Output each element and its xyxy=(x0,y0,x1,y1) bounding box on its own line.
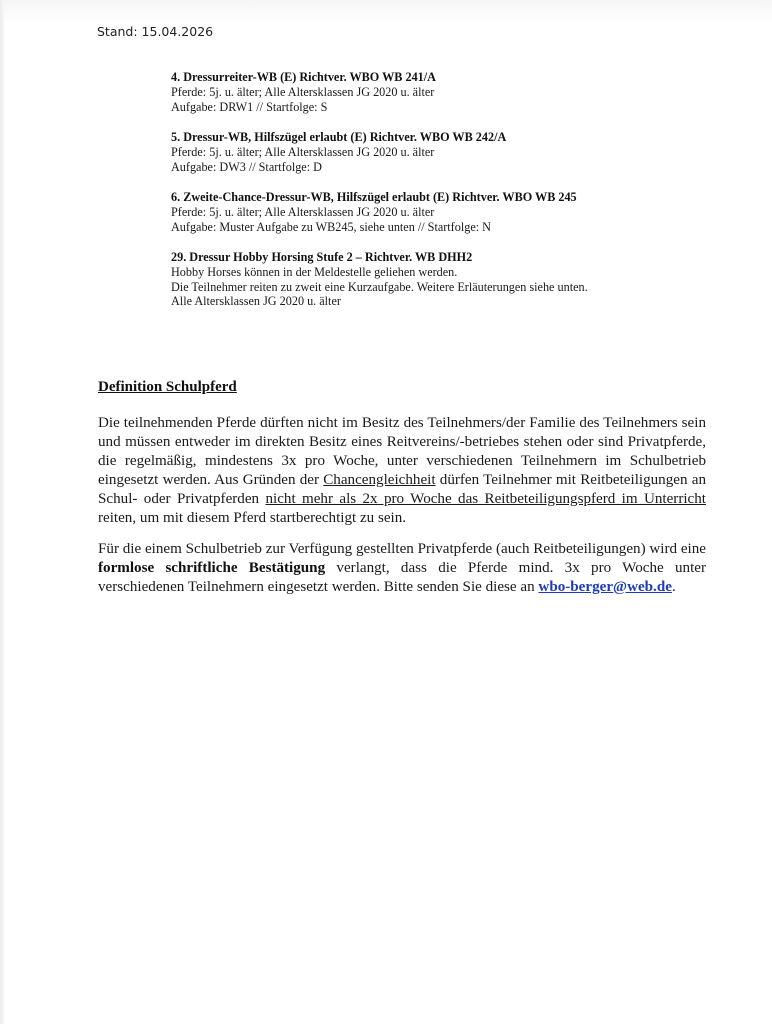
competition-line: Aufgabe: DRW1 // Startfolge: S xyxy=(171,100,436,115)
email-link[interactable]: wbo-berger@web.de xyxy=(538,579,672,595)
paragraph-text: reiten, um mit diesem Pferd startberecht… xyxy=(98,510,406,526)
competition-5: 5. Dressur-WB, Hilfszügel erlaubt (E) Ri… xyxy=(171,130,506,174)
competition-line: Hobby Horses können in der Meldestelle g… xyxy=(171,265,588,280)
section-title-definition-schulpferd: Definition Schulpferd xyxy=(98,379,237,396)
competition-line: Pferde: 5j. u. älter; Alle Altersklassen… xyxy=(171,85,436,100)
competition-title: 6. Zweite-Chance-Dressur-WB, Hilfszügel … xyxy=(171,190,577,205)
page-top-shadow xyxy=(0,0,772,24)
competition-line: Pferde: 5j. u. älter; Alle Altersklassen… xyxy=(171,205,577,220)
definition-paragraph-1: Die teilnehmenden Pferde dürften nicht i… xyxy=(98,414,706,527)
competition-title: 29. Dressur Hobby Horsing Stufe 2 – Rich… xyxy=(171,250,588,265)
paragraph-text: . xyxy=(672,579,676,595)
competition-line: Aufgabe: DW3 // Startfolge: D xyxy=(171,160,506,175)
competition-line: Aufgabe: Muster Aufgabe zu WB245, siehe … xyxy=(171,220,577,235)
bold-text-confirmation: formlose schriftliche Bestätigung xyxy=(98,560,325,576)
page-left-edge xyxy=(0,0,4,1024)
definition-paragraph-2: Für die einem Schulbetrieb zur Verfügung… xyxy=(98,540,706,597)
competition-6: 6. Zweite-Chance-Dressur-WB, Hilfszügel … xyxy=(171,190,577,234)
underlined-text-limit: nicht mehr als 2x pro Woche das Reitbete… xyxy=(265,491,706,507)
competition-line: Die Teilnehmer reiten zu zweit eine Kurz… xyxy=(171,280,588,295)
competition-title: 4. Dressurreiter-WB (E) Richtver. WBO WB… xyxy=(171,70,436,85)
competition-title: 5. Dressur-WB, Hilfszügel erlaubt (E) Ri… xyxy=(171,130,506,145)
competition-4: 4. Dressurreiter-WB (E) Richtver. WBO WB… xyxy=(171,70,436,114)
underlined-text-chancengleichheit: Chancengleichheit xyxy=(323,472,435,488)
document-date-header: Stand: 15.04.2026 xyxy=(97,24,213,39)
competition-29: 29. Dressur Hobby Horsing Stufe 2 – Rich… xyxy=(171,250,588,309)
competition-line: Pferde: 5j. u. älter; Alle Altersklassen… xyxy=(171,145,506,160)
competition-line: Alle Altersklassen JG 2020 u. älter xyxy=(171,294,588,309)
paragraph-text: Für die einem Schulbetrieb zur Verfügung… xyxy=(98,541,706,557)
